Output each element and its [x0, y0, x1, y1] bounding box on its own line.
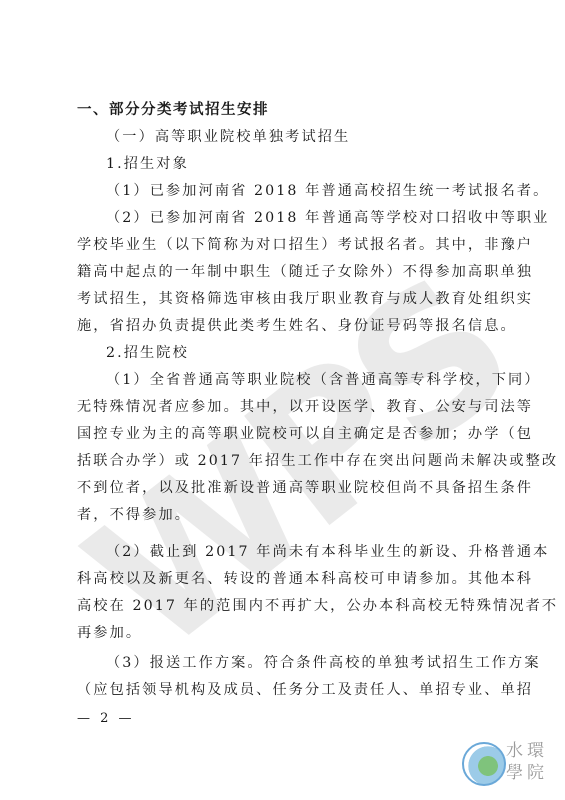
- text-line: 括联合办学）或 2017 年招生工作中存在突出问题尚未解决或整改: [77, 451, 473, 471]
- text-line: 高校在 2017 年的范围内不再扩大，公办本科高校无特殊情况者不: [77, 596, 473, 616]
- item-title-recruitment-targets: 1.招生对象: [106, 154, 502, 174]
- college-logo: 水環 學院: [462, 738, 562, 788]
- text-line: 科高校以及新更名、转设的普通本科高校可申请参加。其他本科: [77, 569, 473, 589]
- item-title-recruitment-schools: 2.招生院校: [106, 343, 502, 363]
- text-line: 无特殊情况者应参加。其中，以开设医学、教育、公安与司法等: [77, 397, 473, 417]
- logo-text: 水環 學院: [506, 740, 560, 784]
- logo-text-line1: 水環: [506, 740, 560, 762]
- text-line: 国控专业为主的高等职业院校可以自主确定是否参加；办学（包: [77, 424, 473, 444]
- text-line: 学校毕业生（以下简称为对口招生）考试报名者。其中，非豫户: [77, 235, 473, 255]
- logo-text-line2: 學院: [506, 762, 560, 784]
- text-line: 籍高中起点的一年制中职生（随迁子女除外）不得参加高职单独: [77, 262, 473, 282]
- text-line: 不到位者，以及批准新设普通高等职业院校但尚不具备招生条件: [77, 478, 473, 498]
- text-line: （1）全省普通高等职业院校（含普通高等专科学校，下同）: [106, 370, 502, 390]
- document-page: WPS 一、部分分类考试招生安排 （一）高等职业院校单独考试招生 1.招生对象 …: [0, 0, 565, 800]
- text-line: 再参加。: [77, 623, 473, 643]
- page-number: — 2 —: [77, 711, 135, 726]
- text-line: （2）已参加河南省 2018 年普通高等学校对口招收中等职业: [106, 208, 502, 228]
- logo-emblem-icon: [462, 742, 506, 786]
- text-line: 者，不得参加。: [77, 505, 473, 525]
- section-heading: 一、部分分类考试招生安排: [77, 100, 473, 120]
- text-line: （2）截止到 2017 年尚未有本科毕业生的新设、升格普通本: [106, 542, 502, 562]
- text-line: （应包括领导机构及成员、任务分工及责任人、单招专业、单招: [77, 680, 473, 700]
- text-line: 考试招生，其资格筛选审核由我厅职业教育与成人教育处组织实: [77, 289, 473, 309]
- text-line: 施，省招办负责提供此类考生姓名、身份证号码等报名信息。: [77, 316, 473, 336]
- text-line: （1）已参加河南省 2018 年普通高校招生统一考试报名者。: [106, 181, 502, 201]
- text-line: （3）报送工作方案。符合条件高校的单独考试招生工作方案: [106, 653, 502, 673]
- subsection-heading: （一）高等职业院校单独考试招生: [106, 127, 502, 147]
